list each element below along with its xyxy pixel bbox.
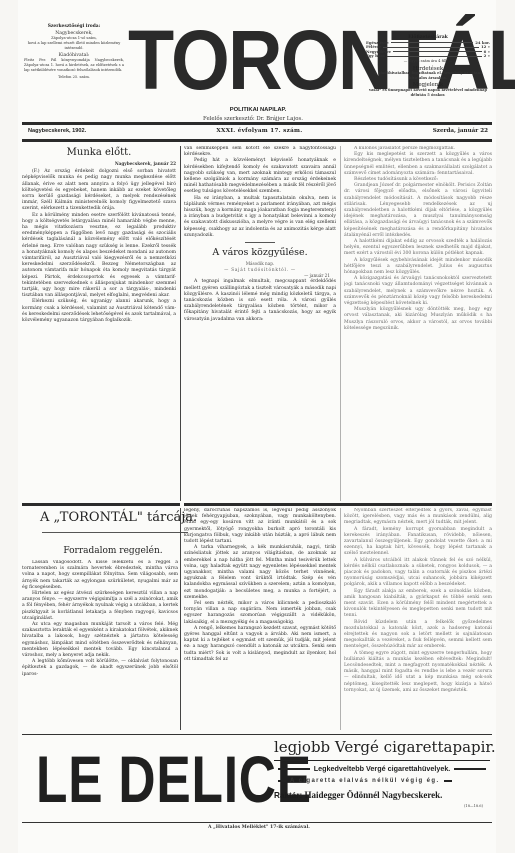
ad-line-3: A cigaretta elalvás nélkül végig ég.	[274, 778, 490, 784]
newspaper-title: TORONTÁL	[128, 24, 353, 96]
article-paragraph: Nyomban szerteszét elterjedtek a gyors, …	[344, 508, 492, 527]
article-paragraph: Ha ez irányban, a multak tapasztalatain …	[184, 196, 336, 239]
article-paragraph: Lassan világosodott. A kissé lélekzetű é…	[22, 560, 178, 591]
column-divider	[180, 146, 181, 501]
article-paragraph: Az utca egy magasban munkáját tarsolt a …	[22, 622, 178, 659]
article-paragraph: Egy fáradt alakja az emberek, ezek a szó…	[344, 589, 492, 620]
newspaper-subtitle: POLITIKAI NAPILAP.	[168, 107, 348, 113]
editorial-office-box: Szerkesztőségi iroda: Nagybecskerek, Záp…	[24, 24, 124, 80]
editorial-office-heading: Szerkesztőségi iroda:	[24, 24, 124, 29]
dateline-place-year: Nagybecskerek, 1902.	[28, 128, 86, 134]
section-rule	[22, 503, 180, 506]
article-paragraph: Grandjean József dr. polgármester elnökö…	[344, 183, 492, 239]
ad-line-2: Legkedveltebb Vergé cigarettahüvelyek.	[274, 764, 490, 773]
article-paragraph: A tegnapi ingalmak elmultak, megcsappant…	[184, 279, 336, 322]
article-paragraph: Egy kis meglepetést is szerzett a közgyű…	[344, 152, 492, 177]
article-paragraph: A közgyűlések egybehivásának idejét mind…	[344, 258, 492, 277]
footer-note: A „Hivatalos Melléklet" 17-ik számával.	[208, 825, 388, 830]
ad-brand: LE DELICE	[36, 740, 209, 818]
ad-rule	[274, 760, 490, 761]
article-paragraph: A közigazgatási és árvaügyi tanácsnokokt…	[344, 276, 492, 307]
article-paragraph: A rengő, lelkemes harangszó kezdett szav…	[184, 626, 336, 663]
feuilleton-column-2: legény, darócruhás napszámos is, legvégü…	[184, 508, 336, 730]
feuilleton-column-1: Lassan világosodott. A kissé lélekzetű é…	[22, 560, 178, 730]
article-paragraph: Hirtelen az egész átvészi szürkeségen ke…	[22, 591, 178, 622]
article-paragraph: A legtöbb kőmüvesen volt körülötte, — ol…	[22, 659, 178, 678]
section-rule	[184, 503, 492, 506]
advertisement-le-delice: LE DELICE legjobb Vergé cigarettapapir. …	[22, 734, 492, 824]
ad-line-4: Raktár: Haidegger Ödönnél Nagybecskerek.	[274, 790, 494, 800]
editorial-office-note: hová a lap szellemi részét illető minden…	[24, 41, 124, 51]
dateline-volume: XXXI. évfolyam 17. szám.	[216, 128, 302, 134]
subscription-box: Előfizetési árak Egész évre24 kor. Félév…	[366, 36, 490, 97]
article-title: A város közgyűlése.	[184, 246, 336, 259]
article-column-2: ván semmiképpen sem kötött elé szekre a …	[184, 146, 336, 501]
article-munka-elott: Munka előtt. Nagybecskerek, január 22 (F…	[22, 144, 176, 502]
masthead-rule-bottom	[22, 139, 492, 142]
article-paragraph: Muszlyán közgyűlésnek ugy döntötték meg,…	[344, 307, 492, 332]
article-paragraph: A halottkémi dijakat eddig az orvosok sz…	[344, 239, 492, 258]
phone-number: Telefon 25. szám.	[24, 75, 124, 80]
single-copy-price: — Egyes szám ára 4 fill. —	[366, 59, 490, 64]
article-paragraph: Ez a körülmény minden esetre szerfölött …	[22, 213, 176, 300]
article-paragraph: A fáradt, kemény korrupt gyorsabban megi…	[344, 527, 492, 558]
article-paragraph: A tömeg egyre zúgott, mint egyszerre ten…	[344, 651, 492, 694]
tarca-section-title: A „TORONTÁL" tárcája.	[40, 509, 190, 527]
column-divider	[340, 146, 341, 501]
ad-rule	[22, 822, 492, 823]
ad-rule	[22, 734, 492, 735]
feuilleton-column-3: Nyomban szerteszét elterjedtek a gyors, …	[344, 508, 492, 730]
ads-text: a kiadóhivatalban fogadtatnak el. Árszab…	[366, 71, 490, 80]
article-separator	[245, 242, 275, 243]
article-paragraph: A külváros utcáiból itt alakok tűnnek fe…	[344, 558, 492, 589]
publishing-office-text: Pleitz Fer. Pál könyvnyomdája Nagybecske…	[24, 58, 124, 73]
feuilleton-title: Forradalom reggelén.	[48, 546, 178, 556]
article-paragraph: (F.) Az ország érdekeit dolgozni első so…	[22, 169, 176, 212]
article-column-3: A különös javaslatot persze megmozgatták…	[344, 146, 492, 496]
dateline-date: Szerda, január 22	[433, 128, 488, 134]
article-paragraph: A tarka viharnegyek, a kék munkásruhák, …	[184, 545, 336, 601]
article-title: Munka előtt.	[22, 146, 176, 159]
tarca-rule	[42, 532, 188, 533]
dateline: Nagybecskerek, 1902. XXXI. évfolyam 17. …	[28, 125, 488, 137]
column-divider	[340, 508, 341, 730]
article-paragraph: Fel sem nézték, mikor a város kilicnnek …	[184, 601, 336, 626]
ad-code: (18—18.6)	[464, 804, 483, 808]
ad-tagline: legjobb Vergé cigarettapapir.	[274, 736, 494, 758]
article-paragraph: Rövid küzdelem után a felkelők győzedelm…	[344, 620, 492, 651]
column-divider	[180, 508, 181, 730]
appearance-text: vasár- és ünnepnapot követő napok kivéte…	[366, 88, 490, 97]
article-place: Nagybecskerek, január 22	[22, 161, 176, 167]
article-paragraph: legény, darócruhás napszámos is, legvégü…	[184, 508, 336, 545]
article-paragraph: Pedig hát a közvéleményt képviselő honat…	[184, 158, 336, 195]
article-paragraph: ván semmiképpen sem kötött elé szekre a …	[184, 146, 336, 158]
newspaper-page: Szerkesztőségi iroda: Nagybecskerek, Záp…	[18, 0, 496, 853]
article-paragraph: Elérkezni szükség, és ugyanígy alanni ak…	[22, 299, 176, 324]
